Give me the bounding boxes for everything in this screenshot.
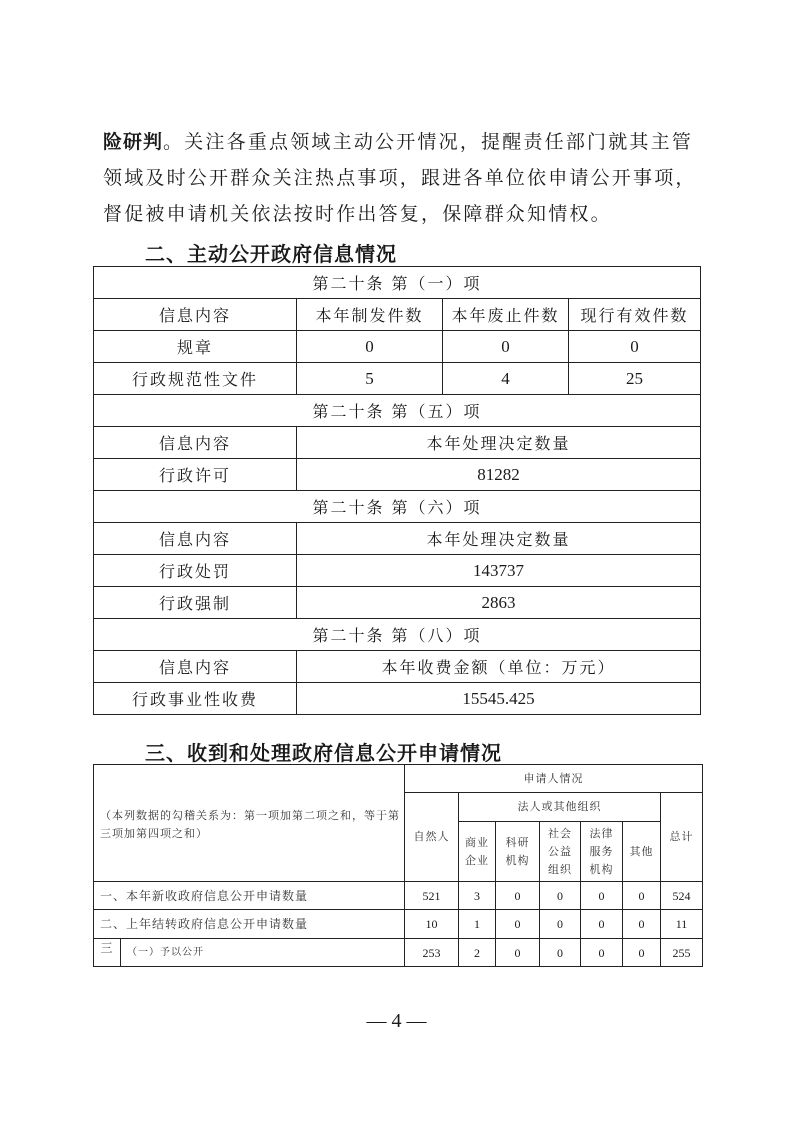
table-header-row: 信息内容 本年处理决定数量 — [94, 523, 701, 555]
table-row: 行政强制 2863 — [94, 587, 701, 619]
applicant-header: 申请人情况 — [405, 765, 703, 793]
paragraph-line-3: 督促被申请机关依法按时作出答复，保障群众知情权。 — [103, 196, 703, 232]
section-heading-3: 三、收到和处理政府信息公开申请情况 — [145, 737, 502, 766]
section-heading-2: 二、主动公开政府信息情况 — [145, 238, 397, 267]
table-row: 行政许可 81282 — [94, 459, 701, 491]
paragraph-line-2: 领域及时公开群众关注热点事项，跟进各单位依申请公开事项， — [103, 160, 703, 196]
proactive-disclosure-table: 第二十条 第（一）项 信息内容 本年制发件数 本年废止件数 现行有效件数 规章 … — [93, 266, 701, 715]
table-row: 行政事业性收费 15545.425 — [94, 683, 701, 715]
table-row: 规章 0 0 0 — [94, 331, 701, 363]
table-section-title: 第二十条 第（一）项 — [94, 267, 701, 299]
table-section-title: 第二十条 第（八）项 — [94, 619, 701, 651]
natural-person-header: 自然人 — [405, 793, 459, 882]
table-header-row: 信息内容 本年制发件数 本年废止件数 现行有效件数 — [94, 299, 701, 331]
legal-entity-header: 法人或其他组织 — [459, 793, 661, 822]
bold-lead: 险研判 — [103, 131, 163, 153]
table-row: 二、上年结转政府信息公开申请数量 10 1 0 0 0 0 11 — [94, 910, 703, 939]
table-row: 三 （一）予以公开 253 2 0 0 0 0 255 — [94, 939, 703, 967]
table-section-title: 第二十条 第（六）项 — [94, 491, 701, 523]
total-header: 总计 — [661, 793, 703, 882]
page-number: — 4 — — [0, 1010, 793, 1033]
body-paragraph: 险研判。关注各重点领域主动公开情况，提醒责任部门就其主管 领域及时公开群众关注热… — [103, 124, 703, 232]
table-row: 行政处罚 143737 — [94, 555, 701, 587]
table-row: 一、本年新收政府信息公开申请数量 521 3 0 0 0 0 524 — [94, 882, 703, 910]
table-header-row: 信息内容 本年收费金额（单位：万元） — [94, 651, 701, 683]
balance-note: （本列数据的勾稽关系为：第一项加第二项之和，等于第三项加第四项之和） — [94, 765, 405, 882]
paragraph-line-1: 险研判。关注各重点领域主动公开情况，提醒责任部门就其主管 — [103, 124, 703, 160]
table-section-title: 第二十条 第（五）项 — [94, 395, 701, 427]
table-row: 行政规范性文件 5 4 25 — [94, 363, 701, 395]
table-header-row: 信息内容 本年处理决定数量 — [94, 427, 701, 459]
application-handling-table: （本列数据的勾稽关系为：第一项加第二项之和，等于第三项加第四项之和） 申请人情况… — [93, 764, 703, 967]
